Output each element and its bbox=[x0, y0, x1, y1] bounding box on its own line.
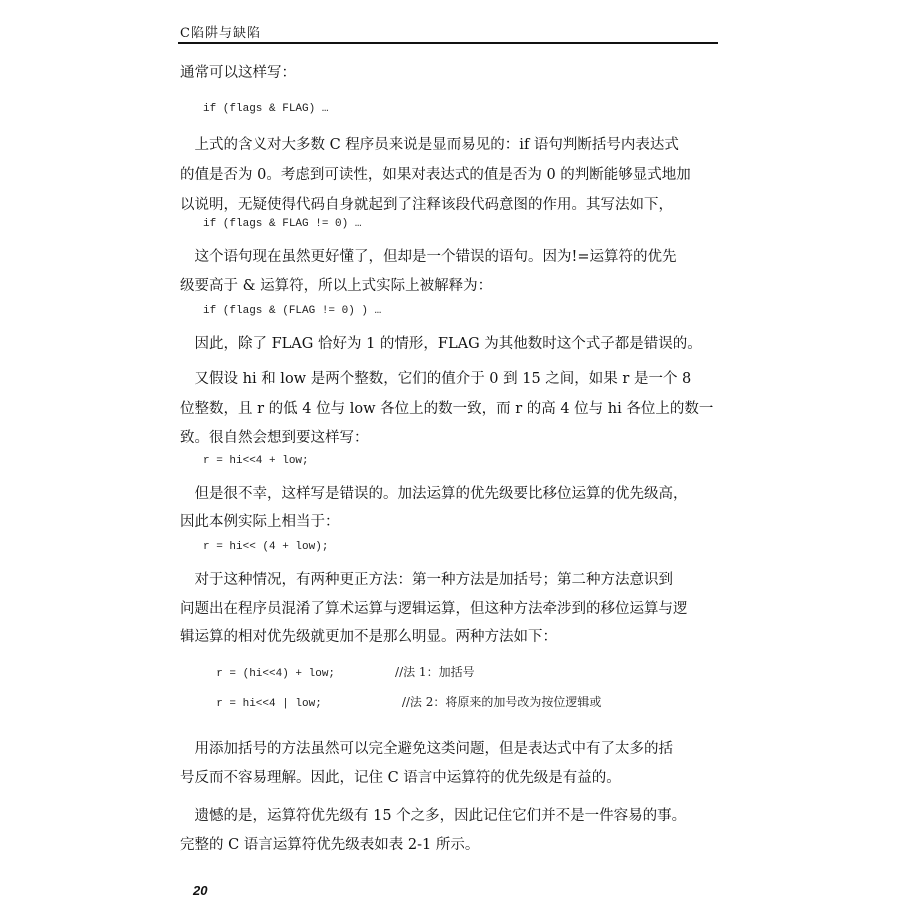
code-line-4: r = hi<<4 + low; bbox=[203, 455, 309, 467]
paragraph-2-line-1: 上式的含义对大多数 C 程序员来说是显而易见的：if 语句判断括号内表达式 bbox=[180, 130, 720, 160]
code-line-5: r = hi<< (4 + low); bbox=[203, 541, 328, 553]
paragraph-7-line-1: 对于这种情况，有两种更正方法：第一种方法是加括号；第二种方法意识到 bbox=[180, 565, 720, 595]
code-line-6: r = (hi<<4) + low;//法 1：加括号 bbox=[203, 651, 475, 680]
paragraph-5-line-1: 又假设 hi 和 low 是两个整数，它们的值介于 0 到 15 之间，如果 r… bbox=[180, 364, 720, 394]
code-7-comment: //法 2：将原来的加号改为按位逻辑或 bbox=[402, 695, 602, 709]
paragraph-2-line-2: 的值是否为 0。考虑到可读性，如果对表达式的值是否为 0 的判断能够显式地加 bbox=[180, 160, 720, 190]
paragraph-6-line-2: 因此本例实际上相当于： bbox=[180, 507, 720, 537]
paragraph-2-line-3: 以说明，无疑使得代码自身就起到了注释该段代码意图的作用。其写法如下， bbox=[180, 190, 720, 220]
paragraph-6-line-1: 但是很不幸，这样写是错误的。加法运算的优先级要比移位运算的优先级高， bbox=[180, 479, 720, 509]
paragraph-4: 因此，除了 FLAG 恰好为 1 的情形，FLAG 为其他数时这个式子都是错误的… bbox=[180, 329, 720, 359]
paragraph-9-line-1: 遗憾的是，运算符优先级有 15 个之多，因此记住它们并不是一件容易的事。 bbox=[180, 801, 720, 831]
code-line-3: if (flags & (FLAG != 0) ) … bbox=[203, 305, 381, 317]
paragraph-8-line-1: 用添加括号的方法虽然可以完全避免这类问题，但是表达式中有了太多的括 bbox=[180, 734, 720, 764]
code-6-statement: r = (hi<<4) + low; bbox=[216, 668, 335, 680]
paragraph-intro: 通常可以这样写： bbox=[180, 58, 720, 88]
paragraph-7-line-2: 问题出在程序员混淆了算术运算与逻辑运算，但这种方法牵涉到的移位运算与逻 bbox=[180, 594, 720, 624]
code-line-1: if (flags & FLAG) … bbox=[203, 103, 328, 115]
paragraph-7-line-3: 辑运算的相对优先级就更加不是那么明显。两种方法如下： bbox=[180, 622, 720, 652]
running-header: C陷阱与缺陷 bbox=[180, 22, 261, 41]
code-line-7: r = hi<<4 | low;//法 2：将原来的加号改为按位逻辑或 bbox=[203, 681, 601, 710]
paragraph-9-line-2: 完整的 C 语言运算符优先级表如表 2-1 所示。 bbox=[180, 830, 720, 860]
header-rule bbox=[178, 42, 718, 44]
paragraph-3-line-2: 级要高于 & 运算符，所以上式实际上被解释为： bbox=[180, 271, 720, 301]
code-6-comment: //法 1：加括号 bbox=[395, 665, 475, 679]
code-line-2: if (flags & FLAG != 0) … bbox=[203, 218, 361, 230]
paragraph-5-line-2: 位整数，且 r 的低 4 位与 low 各位上的数一致，而 r 的高 4 位与 … bbox=[180, 394, 720, 424]
paragraph-3-line-1: 这个语句现在虽然更好懂了，但却是一个错误的语句。因为!=运算符的优先 bbox=[180, 242, 720, 272]
page-number: 20 bbox=[193, 883, 207, 898]
code-7-statement: r = hi<<4 | low; bbox=[216, 698, 322, 710]
paragraph-8-line-2: 号反而不容易理解。因此，记住 C 语言中运算符的优先级是有益的。 bbox=[180, 763, 720, 793]
paragraph-5-line-3: 致。很自然会想到要这样写： bbox=[180, 423, 720, 453]
